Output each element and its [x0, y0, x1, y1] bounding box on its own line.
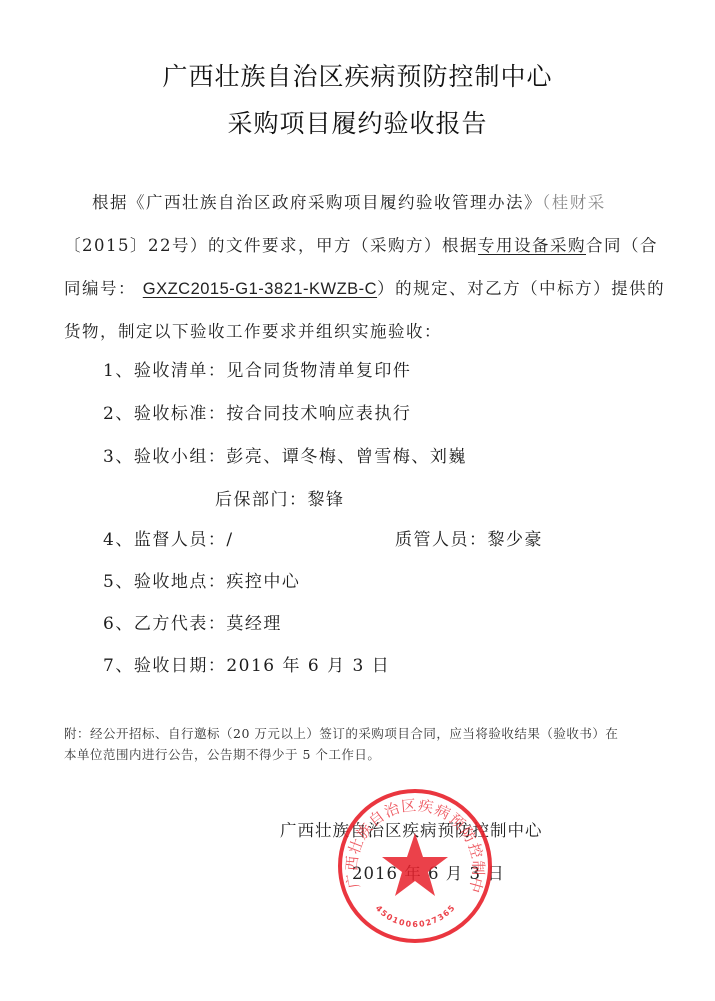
item-5: 5、验收地点：疾控中心	[103, 567, 300, 592]
item-3-logistics: 后保部门：黎锋	[215, 485, 345, 510]
title-report: 采购项目履约验收报告	[0, 104, 715, 140]
intro-line-3: 同编号： GXZC2015-G1-3821-KWZB-C）的规定、对乙方（中标方…	[64, 275, 665, 299]
intro-text-tail: （桂财采	[542, 193, 606, 212]
intro-line-2: 〔2015〕22号）的文件要求，甲方（采购方）根据专用设备采购合同（合	[64, 232, 658, 256]
intro-text: 根据《广西壮族自治区政府采购项目履约验收管理办法》	[92, 193, 542, 212]
title-org: 广西壮族自治区疾病预防控制中心	[0, 57, 715, 93]
note-line-1: 附：经公开招标、自行邀标（20 万元以上）签订的采购项目合同，应当将验收结果（验…	[64, 724, 618, 742]
contract-type: 专用设备采购	[478, 236, 586, 255]
contract-number: GXZC2015-G1-3821-KWZB-C	[143, 280, 377, 298]
item-2: 2、验收标准：按合同技术响应表执行	[103, 399, 411, 424]
official-seal-icon: 广西壮族自治区疾病预防控制中心 4501006027365	[336, 787, 494, 945]
note-line-2: 本单位范围内进行公告，公告期不得少于 5 个工作日。	[64, 745, 380, 763]
item-1: 1、验收清单：见合同货物清单复印件	[103, 356, 411, 381]
intro-text: ）的规定、对乙方（中标方）提供的	[377, 279, 665, 298]
intro-line-1: 根据《广西壮族自治区政府采购项目履约验收管理办法》（桂财采	[92, 189, 606, 213]
item-4-quality: 质管人员：黎少豪	[395, 525, 543, 550]
item-7: 7、验收日期：2016 年 6 月 3 日	[103, 651, 390, 676]
intro-line-4: 货物，制定以下验收工作要求并组织实施验收：	[64, 318, 442, 342]
item-6: 6、乙方代表：莫经理	[103, 609, 282, 634]
item-3: 3、验收小组：彭亮、谭冬梅、曾雪梅、刘巍	[103, 442, 467, 467]
intro-text: 合同（合	[586, 236, 658, 255]
intro-text: 同编号：	[64, 279, 136, 298]
item-4: 4、监督人员：/	[103, 525, 234, 550]
svg-text:4501006027365: 4501006027365	[374, 903, 458, 930]
intro-text: 〔2015〕22号）的文件要求，甲方（采购方）根据	[64, 236, 478, 255]
